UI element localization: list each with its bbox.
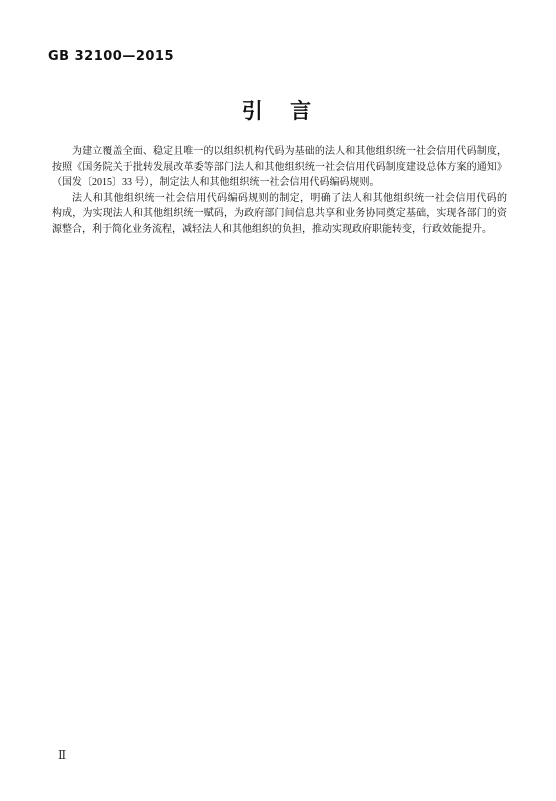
page-number: Ⅱ [58, 748, 66, 763]
page-title: 引 言 [0, 95, 556, 125]
document-page: GB 32100—2015 引 言 为建立覆盖全面、稳定且唯一的以组织机构代码为… [0, 0, 556, 801]
paragraph-1-line-2: 按照《国务院关于批转发展改革委等部门法人和其他组织统一社会信用代码制度建设总体方… [52, 160, 507, 176]
paragraph-2-line-3: 源整合，利于简化业务流程，减轻法人和其他组织的负担，推动实现政府职能转变，行政效… [52, 222, 507, 238]
paragraph-2-line-1: 法人和其他组织统一社会信用代码编码规则的制定，明确了法人和其他组织统一社会信用代… [52, 191, 507, 207]
paragraph-1-line-1: 为建立覆盖全面、稳定且唯一的以组织机构代码为基础的法人和其他组织统一社会信用代码… [52, 144, 507, 160]
paragraph-1: 为建立覆盖全面、稳定且唯一的以组织机构代码为基础的法人和其他组织统一社会信用代码… [52, 144, 507, 191]
paragraph-2: 法人和其他组织统一社会信用代码编码规则的制定，明确了法人和其他组织统一社会信用代… [52, 191, 507, 238]
paragraph-1-line-3: （国发〔2015〕33 号），制定法人和其他组织统一社会信用代码编码规则。 [52, 175, 507, 191]
paragraph-2-line-2: 构成，为实现法人和其他组织统一赋码，为政府部门间信息共享和业务协同奠定基础，实现… [52, 206, 507, 222]
introduction-body: 为建立覆盖全面、稳定且唯一的以组织机构代码为基础的法人和其他组织统一社会信用代码… [52, 144, 507, 237]
standard-code-header: GB 32100—2015 [48, 49, 174, 64]
